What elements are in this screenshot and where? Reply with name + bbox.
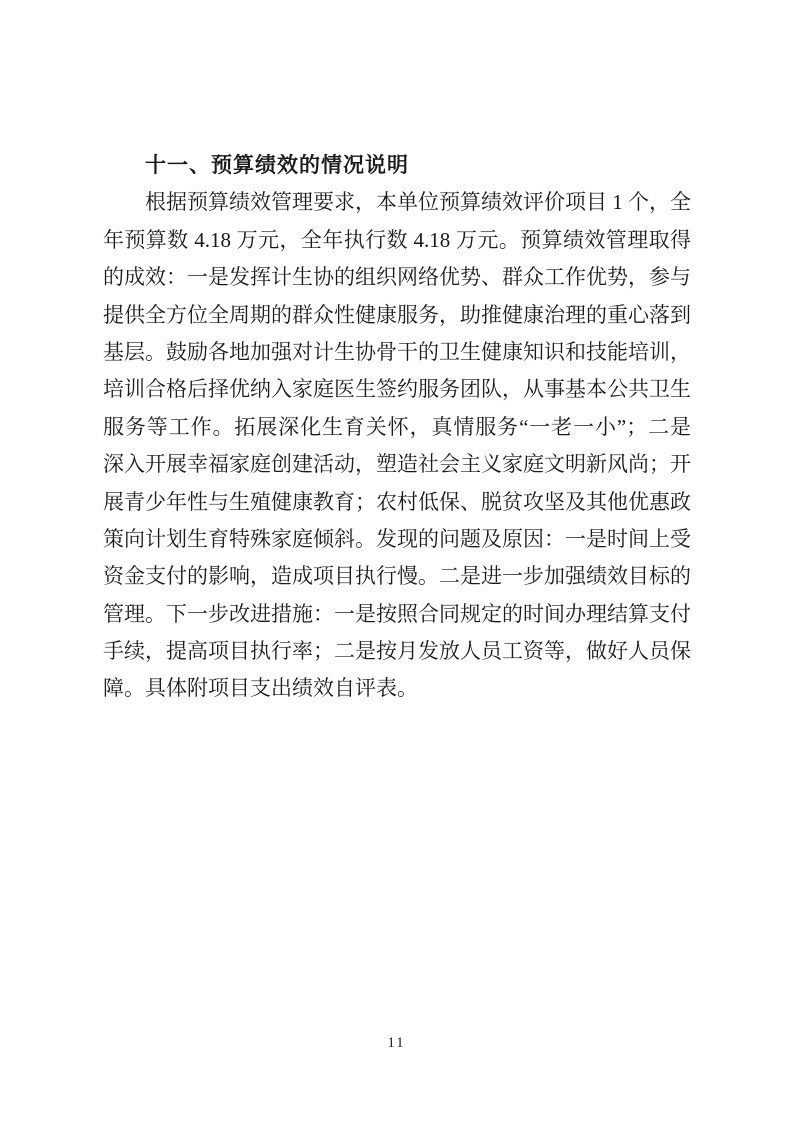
paragraph-line: 障。具体附项目支出绩效自评表。	[103, 670, 691, 707]
paragraph-line: 策向计划生育特殊家庭倾斜。发现的问题及原因：一是时间上受	[103, 521, 691, 558]
page-number: 11	[0, 1035, 793, 1052]
paragraph-line: 展青少年性与生殖健康教育；农村低保、脱贫攻坚及其他优惠政	[103, 484, 691, 521]
section-heading: 十一、预算绩效的情况说明	[103, 147, 691, 184]
paragraph-line: 培训合格后择优纳入家庭医生签约服务团队，从事基本公共卫生	[103, 371, 691, 408]
paragraph-line: 服务等工作。拓展深化生育关怀，真情服务“一老一小”；二是	[103, 409, 691, 446]
paragraph-line: 资金支付的影响，造成项目执行慢。二是进一步加强绩效目标的	[103, 558, 691, 595]
paragraph-line: 年预算数 4.18 万元，全年执行数 4.18 万元。预算绩效管理取得	[103, 222, 691, 259]
paragraph-line: 深入开展幸福家庭创建活动，塑造社会主义家庭文明新风尚；开	[103, 446, 691, 483]
paragraph-line: 根据预算绩效管理要求，本单位预算绩效评价项目 1 个，全	[103, 184, 691, 221]
paragraph-line: 手续，提高项目执行率；二是按月发放人员工资等，做好人员保	[103, 633, 691, 670]
paragraph-line: 基层。鼓励各地加强对计生协骨干的卫生健康知识和技能培训，	[103, 334, 691, 371]
paragraph-line: 管理。下一步改进措施：一是按照合同规定的时间办理结算支付	[103, 596, 691, 633]
paragraph-line: 的成效：一是发挥计生协的组织网络优势、群众工作优势，参与	[103, 259, 691, 296]
text-block: 十一、预算绩效的情况说明 根据预算绩效管理要求，本单位预算绩效评价项目 1 个，…	[103, 147, 691, 708]
paragraph-line: 提供全方位全周期的群众性健康服务，助推健康治理的重心落到	[103, 297, 691, 334]
document-page: 十一、预算绩效的情况说明 根据预算绩效管理要求，本单位预算绩效评价项目 1 个，…	[0, 0, 793, 1122]
